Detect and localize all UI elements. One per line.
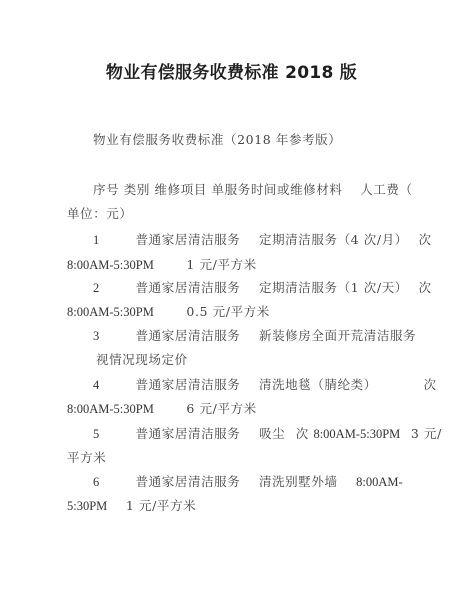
row-time: 8:00AM-5:30PM [313,427,400,441]
row-item: 定期清洁服务（4 次/月） [259,232,408,247]
row-time: 8:00AM-5:30PM [67,305,154,319]
row-category: 普通家居清洁服务 [136,426,241,441]
table-row-continuation: 8:00AM-5:30PM 0.5 元/平方米 [67,304,270,320]
table-row: 1 普通家居清洁服务 定期清洁服务（4 次/月） 次 [93,232,432,248]
row-index: 3 [93,328,117,344]
table-row-continuation: 8:00AM-5:30PM 6 元/平方米 [67,401,257,417]
row-category: 普通家居清洁服务 [136,232,241,247]
row-price-continued: 平方米 [67,450,106,465]
row-unit: 次 [419,280,432,295]
row-price: 视情况现场定价 [96,352,188,367]
table-row-continuation: 平方米 [67,450,106,466]
row-time-continued: 5:30PM [67,499,107,513]
row-item: 定期清洁服务（1 次/天） [259,280,408,295]
row-unit: 次 [423,377,436,392]
table-header-line-2: 单位：元） [67,206,133,222]
row-unit: 次 [419,232,432,247]
table-row: 6 普通家居清洁服务 清洗别墅外墙 8:00AM- [93,474,403,490]
row-price: 3 元/ [411,426,442,441]
row-item: 新装修房全面开荒清洁服务 [259,328,416,343]
row-index: 6 [93,474,117,490]
row-category: 普通家居清洁服务 [136,280,241,295]
table-row-continuation: 视情况现场定价 [96,352,188,368]
row-index: 5 [93,426,117,442]
row-price: 6 元/平方米 [186,401,256,416]
document-title: 物业有偿服务收费标准 2018 版 [0,58,463,83]
row-item: 吸尘 [259,426,285,441]
row-index: 4 [93,377,117,393]
table-row: 5 普通家居清洁服务 吸尘 次 8:00AM-5:30PM 3 元/ [93,426,442,442]
table-row: 2 普通家居清洁服务 定期清洁服务（1 次/天） 次 [93,280,432,296]
row-item: 清洗地毯（腈纶类） [259,377,377,392]
row-index: 2 [93,280,117,296]
row-category: 普通家居清洁服务 [136,474,241,489]
row-price: 1 元/平方米 [126,498,196,513]
table-row-continuation: 8:00AM-5:30PM 1 元/平方米 [67,257,257,273]
row-time: 8:00AM- [356,475,403,489]
row-price: 0.5 元/平方米 [186,304,269,319]
table-header-line-1: 序号 类别 维修项目 单服务时间或维修材料 人工费（ [93,182,413,198]
table-row-continuation: 5:30PM 1 元/平方米 [67,498,196,514]
row-time: 8:00AM-5:30PM [67,402,154,416]
row-item: 清洗别墅外墙 [259,474,338,489]
row-price: 1 元/平方米 [186,257,256,272]
row-category: 普通家居清洁服务 [136,328,241,343]
row-index: 1 [93,232,117,248]
row-category: 普通家居清洁服务 [136,377,241,392]
row-time: 8:00AM-5:30PM [67,258,154,272]
document-subtitle: 物业有偿服务收费标准（2018 年参考版） [93,132,341,148]
row-unit: 次 [296,426,309,441]
table-row: 3 普通家居清洁服务 新装修房全面开荒清洁服务 [93,328,416,344]
table-row: 4 普通家居清洁服务 清洗地毯（腈纶类） 次 [93,377,437,393]
